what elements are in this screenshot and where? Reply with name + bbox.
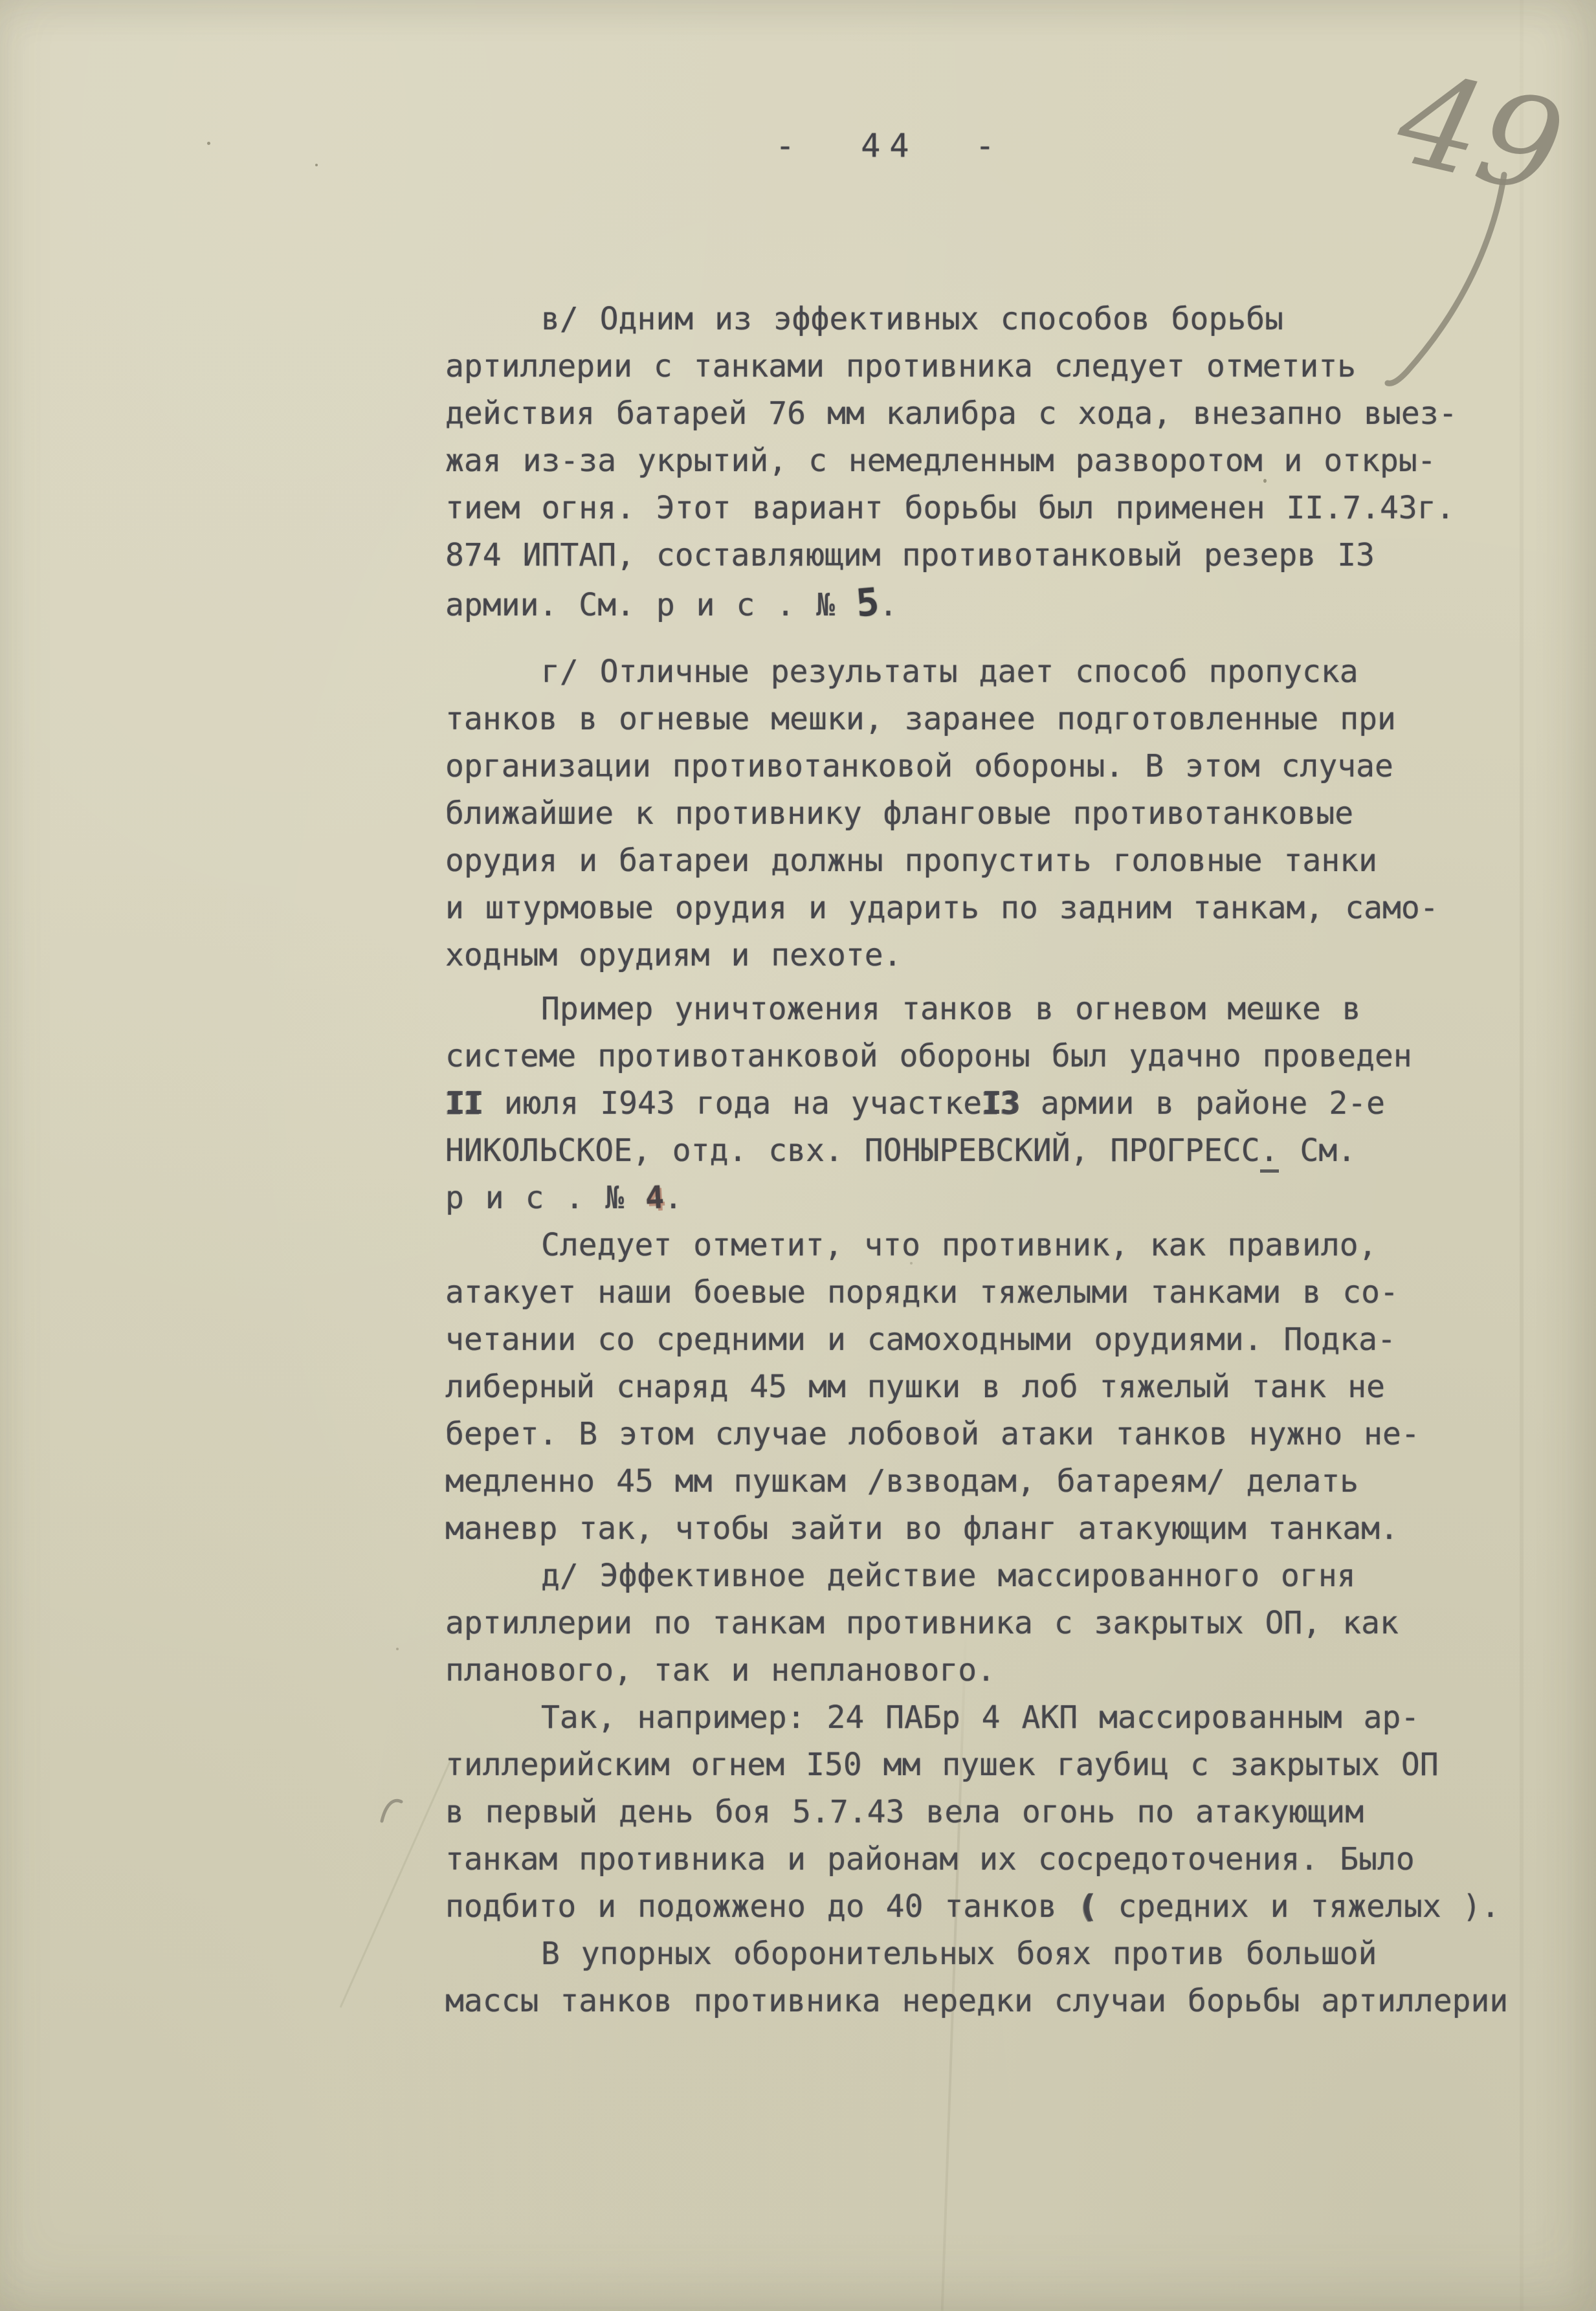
text-segment: июля I943 года на участке bbox=[483, 1085, 982, 1122]
text-segment: средних и тяжелых ). bbox=[1097, 1888, 1500, 1925]
text-line: атакует наши боевые порядки тяжелыми тан… bbox=[445, 1269, 1533, 1316]
text-segment: . bbox=[1260, 1133, 1279, 1173]
text-segment: I3 bbox=[982, 1085, 1019, 1122]
text-line: тием огня. Этот вариант борьбы был приме… bbox=[445, 485, 1533, 532]
text-line: и штурмовые орудия и ударить по задним т… bbox=[445, 885, 1533, 932]
handwritten-correction: 4 bbox=[644, 1174, 665, 1222]
text-segment: тием огня. Этот вариант борьбы был приме… bbox=[445, 490, 1287, 526]
text-segment: . bbox=[664, 1180, 683, 1216]
text-line: В упорных оборонительных боях против бол… bbox=[445, 1930, 1533, 1978]
text-line: тиллерийским огнем I50 мм пушек гаубиц с… bbox=[445, 1742, 1533, 1789]
text-segment: См. bbox=[1279, 1133, 1357, 1169]
text-line: ходным орудиям и пехоте. bbox=[445, 932, 1533, 979]
text-line: Следует отметит, что противник, как прав… bbox=[445, 1222, 1533, 1269]
text-line: системе противотанковой обороны был удач… bbox=[445, 1033, 1533, 1080]
paper-speck bbox=[910, 1262, 913, 1265]
text-line: действия батарей 76 мм калибра с хода, в… bbox=[445, 390, 1533, 437]
text-line: четании со средними и самоходными орудия… bbox=[445, 1316, 1533, 1364]
text-line: в первый день боя 5.7.43 вела огонь по а… bbox=[445, 1789, 1533, 1836]
text-line: НИКОЛЬСКОЕ, отд. свх. ПОНЫРЕВСКИЙ, ПРОГР… bbox=[445, 1127, 1533, 1175]
paragraph: Пример уничтожения танков в огневом мешк… bbox=[445, 986, 1533, 1222]
text-line: ближайшие к противнику фланговые противо… bbox=[445, 790, 1533, 837]
paper-speck bbox=[207, 142, 210, 145]
text-line: д/ Эффективное действие массированного о… bbox=[445, 1553, 1533, 1600]
text-line: берет. В этом случае лобовой атаки танко… bbox=[445, 1411, 1533, 1458]
text-segment: . bbox=[879, 587, 898, 623]
text-line: танков в огневые мешки, заранее подготов… bbox=[445, 696, 1533, 743]
text-line: 874 ИПТАП, составляющим противотанковый … bbox=[445, 532, 1533, 579]
document-page: - 44 - 49 в/ Одним из эффективных способ… bbox=[0, 0, 1596, 2311]
text-line: г/ Отличные результаты дает способ пропу… bbox=[445, 648, 1533, 696]
body-text: в/ Одним из эффективных способов борьбыа… bbox=[445, 296, 1533, 2025]
text-segment: р и с . № bbox=[445, 1180, 645, 1216]
text-line: подбито и подожжено до 40 танков ( средн… bbox=[445, 1883, 1533, 1930]
text-line: Пример уничтожения танков в огневом мешк… bbox=[445, 986, 1533, 1033]
text-line: орудия и батареи должны пропустить голов… bbox=[445, 837, 1533, 885]
paragraph: Следует отметит, что противник, как прав… bbox=[445, 1222, 1533, 1553]
paragraph: Так, например: 24 ПАБр 4 АКП массированн… bbox=[445, 1694, 1533, 1930]
text-line: артиллерии по танкам противника с закрыт… bbox=[445, 1600, 1533, 1647]
text-line: планового, так и непланового. bbox=[445, 1647, 1533, 1694]
pencil-margin-mark bbox=[378, 1791, 406, 1828]
text-segment: II bbox=[445, 1085, 483, 1122]
text-line: армии. См. р и с . № 5. bbox=[445, 579, 1533, 629]
text-line: массы танков противника нередки случаи б… bbox=[445, 1978, 1533, 2025]
text-segment: II.7.43г. bbox=[1287, 490, 1455, 526]
text-line: медленно 45 мм пушкам /взводам, батареям… bbox=[445, 1458, 1533, 1505]
text-line: в/ Одним из эффективных способов борьбы bbox=[445, 296, 1533, 343]
paragraph: в/ Одним из эффективных способов борьбыа… bbox=[445, 296, 1533, 629]
paragraph: д/ Эффективное действие массированного о… bbox=[445, 1553, 1533, 1694]
text-line: р и с . № 4. bbox=[445, 1175, 1533, 1222]
handwritten-correction: 5 bbox=[854, 579, 881, 628]
text-segment: армии. См. р и с . № bbox=[445, 587, 856, 623]
paragraph: г/ Отличные результаты дает способ пропу… bbox=[445, 648, 1533, 979]
text-line: либерный снаряд 45 мм пушки в лоб тяжелы… bbox=[445, 1364, 1533, 1411]
text-line: маневр так, чтобы зайти во фланг атакующ… bbox=[445, 1505, 1533, 1553]
text-segment: подбито и подожжено до 40 танков bbox=[445, 1888, 1078, 1925]
paper-speck bbox=[1263, 479, 1267, 483]
text-segment: ( bbox=[1078, 1888, 1097, 1925]
text-segment: НИКОЛЬСКОЕ, отд. свх. ПОНЫРЕВСКИЙ, ПРОГР… bbox=[445, 1133, 1260, 1169]
text-line: Так, например: 24 ПАБр 4 АКП массированн… bbox=[445, 1694, 1533, 1742]
text-line: артиллерии с танками противника следует … bbox=[445, 343, 1533, 390]
text-segment: армии в районе 2-е bbox=[1019, 1085, 1385, 1122]
text-line: организации противотанковой обороны. В э… bbox=[445, 743, 1533, 790]
text-line: жая из-за укрытий, с немедленным разворо… bbox=[445, 437, 1533, 485]
paper-speck bbox=[315, 164, 318, 166]
page-number: - 44 - bbox=[775, 127, 1004, 164]
paragraph: В упорных оборонительных боях против бол… bbox=[445, 1930, 1533, 2025]
paper-speck bbox=[396, 1648, 399, 1650]
text-line: II июля I943 года на участкеI3 армии в р… bbox=[445, 1080, 1533, 1127]
text-line: танкам противника и районам их сосредото… bbox=[445, 1836, 1533, 1883]
